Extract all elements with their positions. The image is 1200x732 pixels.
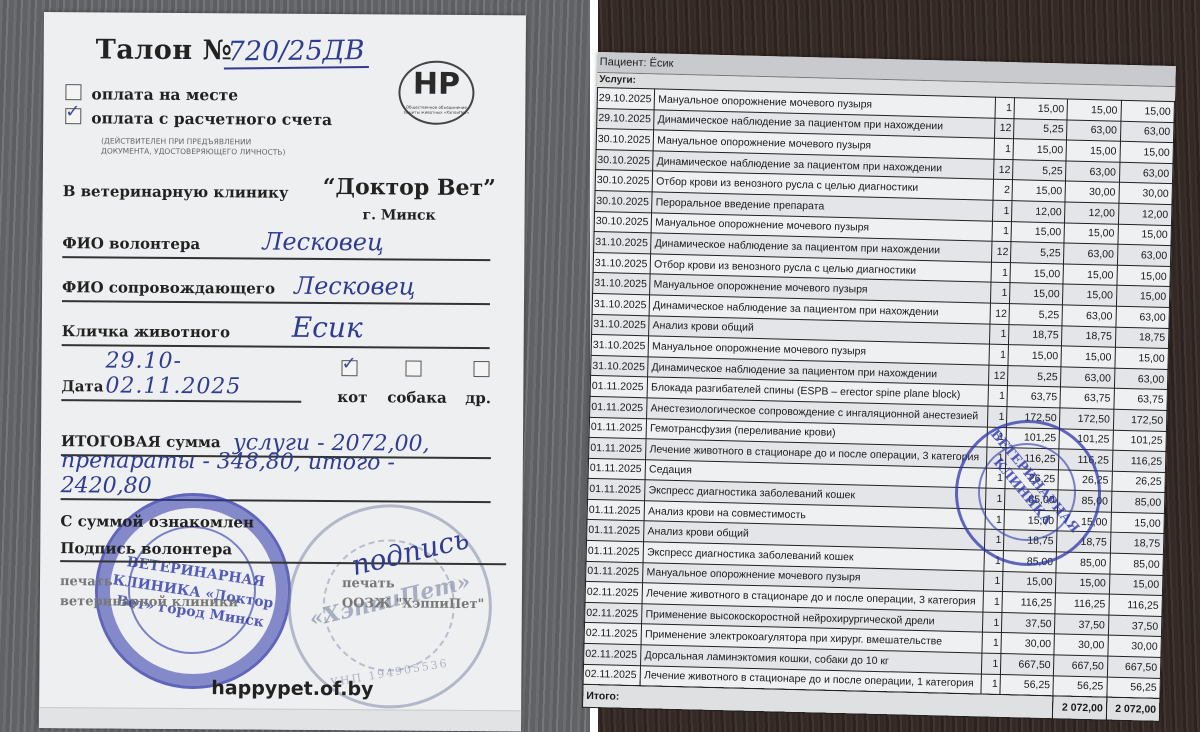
cell-qty: 12: [990, 303, 1010, 324]
cell-qty: 1: [983, 591, 1003, 612]
cell-price: 5,25: [1013, 159, 1067, 181]
clinic-stamp-label-1: печать: [60, 572, 238, 593]
cell-total: 63,00: [1120, 121, 1174, 143]
logo-letters: HP: [400, 66, 472, 102]
cell-sum: 15,00: [1063, 284, 1117, 306]
companion-field[interactable]: ФИО сопровождающего Лесковец: [62, 270, 490, 305]
cell-price: 12,00: [1012, 201, 1066, 223]
cell-date: 31.10.2025: [594, 232, 652, 254]
cell-date: 01.11.2025: [587, 520, 645, 542]
cell-price: 5,25: [1014, 118, 1068, 140]
cell-date: 31.10.2025: [591, 335, 649, 357]
cell-total: 85,00: [1111, 491, 1165, 513]
volunteer-field[interactable]: ФИО волонтера Лесковец: [62, 226, 490, 261]
pet-name-label: Кличка животного: [62, 322, 230, 341]
cell-sum: 15,00: [1061, 346, 1115, 368]
cell-total: 15,00: [1120, 141, 1174, 163]
cell-price: 63,75: [1007, 386, 1061, 408]
clinic-stamp-label: печать ветеринарной клиники: [60, 572, 238, 613]
cell-date: 01.11.2025: [588, 458, 646, 480]
volunteer-label: ФИО волонтера: [62, 234, 200, 253]
cell-qty: 12: [995, 118, 1015, 139]
cell-sum: 63,75: [1060, 387, 1114, 409]
acknowledged-label: С суммой ознакомлен: [60, 512, 254, 531]
cell-date: 29.10.2025: [597, 108, 655, 130]
cell-total: 15,00: [1115, 347, 1169, 369]
cell-total: 15,00: [1111, 512, 1165, 534]
cell-qty: 1: [982, 612, 1002, 633]
clinic-label: В ветеринарную клинику: [63, 182, 289, 202]
cell-total: 30,00: [1119, 183, 1173, 205]
dog-label: собака: [387, 388, 447, 406]
services-table: 29.10.2025Мануальное опорожнение мочевог…: [582, 87, 1175, 722]
clinic-name: “Доктор Вет”: [323, 174, 496, 201]
cell-sum: 63,00: [1067, 120, 1121, 142]
grand-total: 2 072,00: [1106, 697, 1160, 721]
cell-date: 30.10.2025: [596, 149, 654, 171]
cell-date: 01.11.2025: [589, 437, 647, 459]
cell-price: 5,25: [1009, 304, 1063, 326]
cell-price: 15,00: [1010, 283, 1064, 305]
other-label: др.: [465, 389, 491, 407]
cell-price: 5,25: [1011, 242, 1065, 264]
date-label: Дата: [61, 377, 103, 395]
cell-sum: 63,00: [1061, 367, 1115, 389]
cell-qty: 1: [990, 324, 1010, 345]
cell-sum: 15,00: [1064, 223, 1118, 245]
cell-total: 116,25: [1112, 450, 1166, 472]
date-value: 29.10-02.11.2025: [105, 348, 301, 399]
cell-total: 15,00: [1117, 265, 1171, 287]
cell-total: 667,50: [1107, 656, 1161, 678]
cell-price: 15,00: [1003, 571, 1057, 593]
volunteer-value: Лесковец: [262, 228, 384, 257]
cell-qty: 1: [989, 344, 1009, 365]
cell-price: 15,00: [1011, 221, 1065, 243]
cell-qty: 12: [989, 365, 1009, 386]
cell-sum: 37,50: [1055, 614, 1109, 636]
cell-total: 15,00: [1109, 574, 1163, 596]
cell-date: 02.11.2025: [585, 602, 643, 624]
cell-price: 56,25: [1000, 674, 1054, 696]
cell-sum: 30,00: [1065, 181, 1119, 203]
cell-sum: 63,00: [1064, 243, 1118, 265]
cell-qty: 12: [992, 241, 1012, 262]
cell-qty: 1: [982, 633, 1002, 654]
cat-label: кот: [337, 388, 367, 406]
checkbox-dog[interactable]: [405, 361, 421, 377]
checkbox-pay-on-site[interactable]: [65, 84, 81, 100]
cell-sum: 30,00: [1054, 634, 1108, 656]
cell-date: 31.10.2025: [593, 252, 651, 274]
cell-price: 37,50: [1002, 612, 1056, 634]
org-stamp-label-2: ООЗЖ "ХэппиПет": [342, 594, 485, 615]
cell-price: 18,75: [1009, 324, 1063, 346]
signature-label: Подпись волонтера: [60, 539, 232, 558]
cell-total: 63,00: [1114, 368, 1168, 390]
date-field[interactable]: Дата 29.10-02.11.2025: [61, 367, 301, 403]
pay-on-site-label: оплата на месте: [91, 84, 238, 104]
cell-total: 63,00: [1119, 162, 1173, 184]
grand-sum: 2 072,00: [1053, 696, 1107, 720]
cell-total: 63,75: [1114, 389, 1168, 411]
cell-total: 172,50: [1113, 409, 1167, 431]
cell-total: 15,00: [1116, 286, 1170, 308]
cell-qty: 2: [993, 180, 1013, 201]
cell-qty: 1: [981, 674, 1001, 695]
cell-sum: 15,00: [1067, 99, 1121, 121]
cell-total: 26,25: [1112, 471, 1166, 493]
cell-total: 101,25: [1113, 430, 1167, 452]
cell-total: 15,00: [1121, 100, 1175, 122]
cell-qty: 1: [994, 138, 1014, 159]
cell-total: 18,75: [1110, 533, 1164, 555]
referral-coupon: Талон № 720/25ДВ HP Общественное объедин…: [39, 12, 526, 731]
cell-qty: 1: [984, 571, 1004, 592]
cell-total: 116,25: [1109, 594, 1163, 616]
happypet-logo: HP Общественное объединение защиты живот…: [398, 60, 474, 125]
cell-qty: 1: [992, 221, 1012, 242]
logo-caption: Общественное объединение защиты животных…: [400, 104, 472, 115]
signature-field[interactable]: Подпись волонтера подпись: [60, 532, 506, 565]
total-field-line-2[interactable]: препараты - 348,80, итого - 2420,80: [61, 464, 491, 503]
cell-sum: 172,50: [1060, 408, 1114, 430]
cell-date: 02.11.2025: [584, 623, 642, 645]
pet-name-field[interactable]: Кличка животного Есик: [62, 314, 490, 349]
cell-date: 01.11.2025: [586, 540, 644, 562]
cell-sum: 56,25: [1053, 675, 1107, 697]
cell-price: 30,00: [1001, 633, 1055, 655]
cell-sum: 15,00: [1056, 573, 1110, 595]
checkbox-cat[interactable]: [341, 360, 357, 376]
cell-sum: 63,00: [1062, 305, 1116, 327]
cell-date: 01.11.2025: [589, 417, 647, 439]
cell-price: 15,00: [1010, 262, 1064, 284]
paper-edge: [39, 707, 521, 731]
cell-total: 30,00: [1108, 636, 1162, 658]
cell-date: 30.10.2025: [595, 190, 653, 212]
cell-date: 01.11.2025: [587, 499, 645, 521]
cell-total: 37,50: [1108, 615, 1162, 637]
cell-date: 01.11.2025: [590, 376, 648, 398]
cell-qty: 1: [981, 653, 1001, 674]
cell-date: 31.10.2025: [591, 355, 649, 377]
cell-total: 12,00: [1118, 203, 1172, 225]
cell-qty: 1: [988, 385, 1008, 406]
org-stamp-label-1: печать: [342, 574, 485, 595]
clinic-stamp-label-2: ветеринарной клиники: [60, 592, 238, 613]
cell-qty: 12: [994, 159, 1014, 180]
pet-name-value: Есик: [292, 311, 363, 344]
cell-total: 56,25: [1107, 677, 1161, 699]
cell-sum: 15,00: [1063, 264, 1117, 286]
website-link[interactable]: happypet.of.by: [211, 677, 373, 700]
cell-date: 02.11.2025: [584, 643, 642, 665]
total-line-2: препараты - 348,80, итого - 2420,80: [61, 448, 491, 501]
clinic-city: г. Минск: [363, 207, 436, 224]
payment-note: (действителен при предъявлении документа…: [101, 136, 301, 157]
checkbox-pay-bank-account[interactable]: [65, 108, 81, 124]
coupon-title: Талон №: [96, 34, 233, 66]
cell-price: 667,50: [1001, 654, 1055, 676]
clinic-stamp-on-bill: ВЕТЕРИНАРНАЯ КЛИНИКА: [955, 420, 1101, 566]
cell-date: 01.11.2025: [590, 396, 648, 418]
companion-value: Лесковец: [294, 272, 416, 301]
cell-date: 02.11.2025: [585, 582, 643, 604]
cell-price: 5,25: [1008, 365, 1062, 387]
cell-date: 31.10.2025: [593, 273, 651, 295]
cell-price: 15,00: [1012, 180, 1066, 202]
cell-total: 15,00: [1118, 224, 1172, 246]
checkbox-other[interactable]: [473, 361, 489, 377]
ticket-number: 720/25ДВ: [224, 35, 369, 70]
cell-qty: 1: [991, 262, 1011, 283]
cell-sum: 18,75: [1062, 325, 1116, 347]
cell-date: 31.10.2025: [592, 293, 650, 315]
cell-date: 01.11.2025: [586, 561, 644, 583]
cell-date: 29.10.2025: [597, 88, 655, 110]
cell-price: 15,00: [1014, 98, 1068, 120]
cell-date: 02.11.2025: [583, 664, 641, 686]
bill-sheet: Пациент: Ёсик Услуги: 29.10.2025Мануальн…: [583, 52, 1176, 694]
cell-total: 85,00: [1110, 553, 1164, 575]
cell-total: 18,75: [1115, 327, 1169, 349]
cell-sum: 12,00: [1065, 202, 1119, 224]
cell-qty: 1: [995, 97, 1015, 118]
cell-date: 31.10.2025: [592, 314, 650, 336]
cell-sum: 667,50: [1054, 655, 1108, 677]
cell-sum: 63,00: [1066, 161, 1120, 183]
cell-sum: 15,00: [1066, 140, 1120, 162]
companion-label: ФИО сопровождающего: [62, 278, 275, 297]
cell-qty: 1: [991, 283, 1011, 304]
cell-sum: 116,25: [1055, 593, 1109, 615]
cell-price: 15,00: [1013, 139, 1067, 161]
cell-date: 30.10.2025: [595, 170, 653, 192]
org-stamp-label: печать ООЗЖ "ХэппиПет": [342, 574, 485, 615]
cell-date: 30.10.2025: [596, 129, 654, 151]
cell-date: 01.11.2025: [588, 479, 646, 501]
cell-total: 63,00: [1117, 244, 1171, 266]
pay-bank-account-label: оплата с расчетного счета: [91, 108, 332, 129]
cell-date: 30.10.2025: [594, 211, 652, 233]
cell-price: 116,25: [1002, 592, 1056, 614]
cell-price: 15,00: [1008, 345, 1062, 367]
cell-total: 63,00: [1116, 306, 1170, 328]
cell-qty: 1: [993, 200, 1013, 221]
